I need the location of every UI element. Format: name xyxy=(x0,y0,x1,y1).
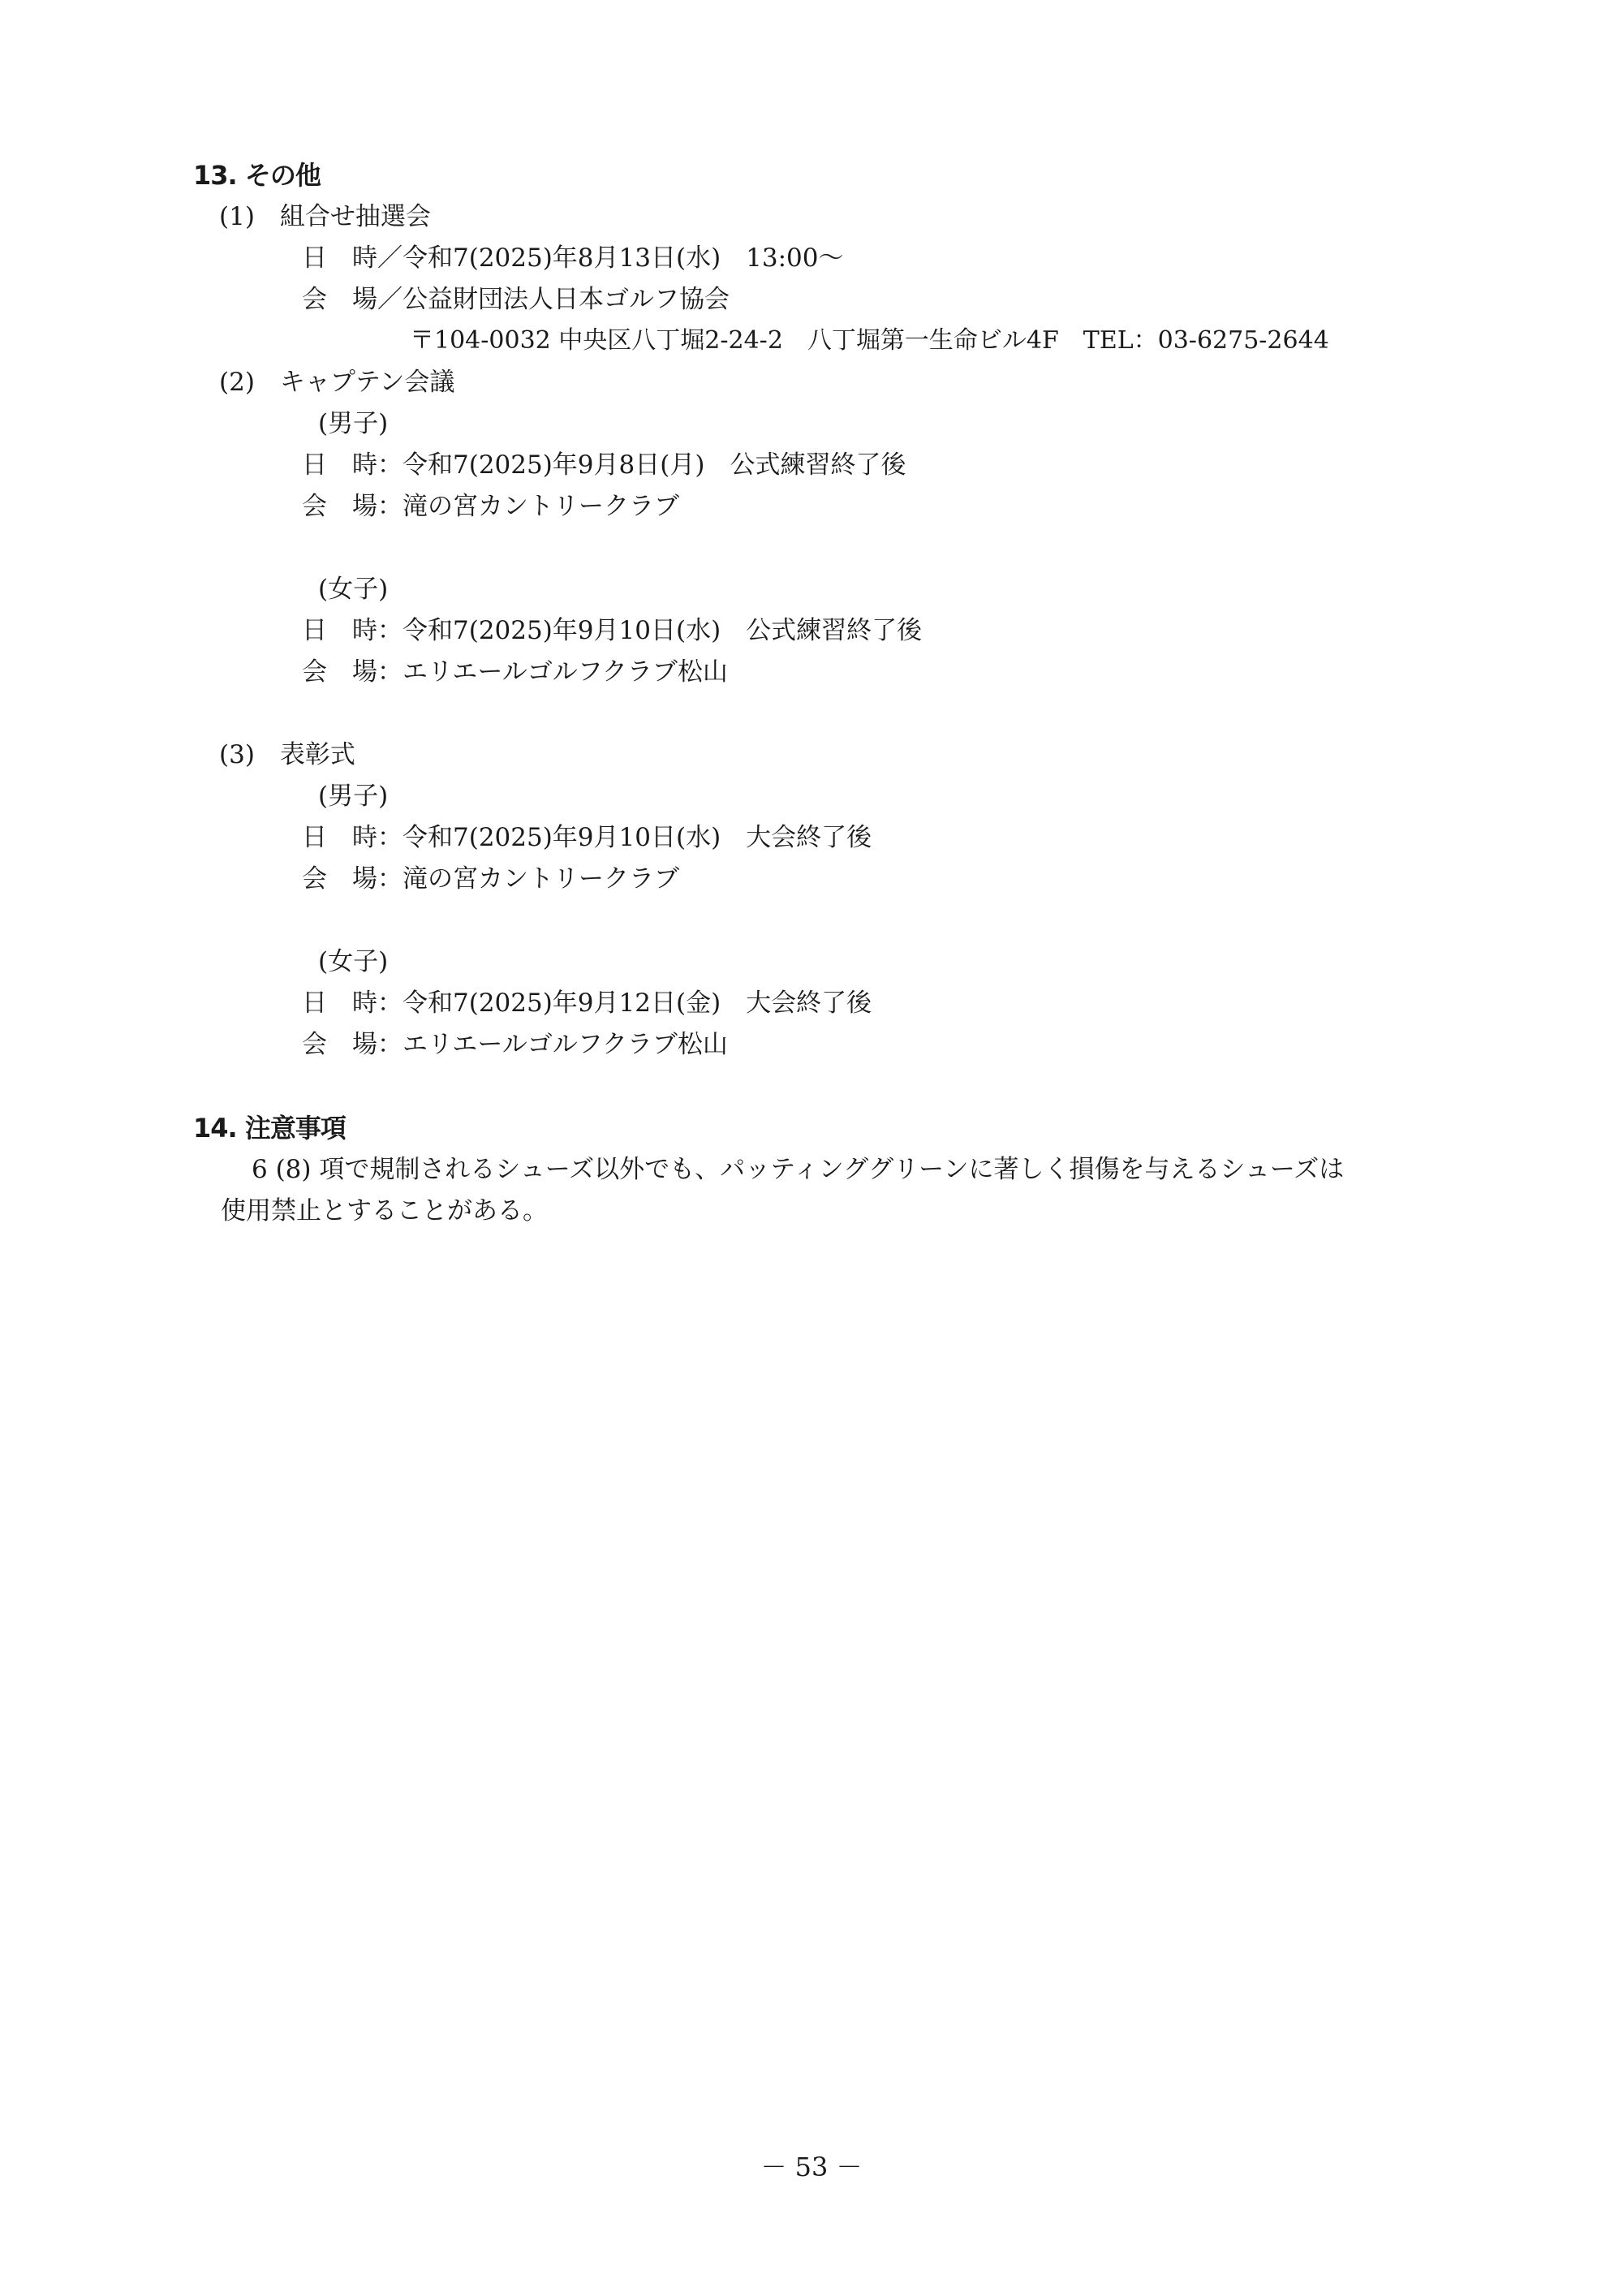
item-1-date: 日 時／令和7(2025)年8月13日(水) 13:00～ xyxy=(302,242,844,274)
venue-value: エリエールゴルフクラブ松山 xyxy=(403,657,728,687)
date-value: 令和7(2025)年9月10日(水) 公式練習終了後 xyxy=(403,616,922,645)
item-2-men-date: 日 時：令和7(2025)年9月8日(月) 公式練習終了後 xyxy=(302,449,906,481)
date-value: 令和7(2025)年8月13日(水) 13:00～ xyxy=(403,243,844,273)
item-1-venue: 会 場／公益財団法人日本ゴルフ協会 xyxy=(302,283,730,316)
item-2-women-date: 日 時：令和7(2025)年9月10日(水) 公式練習終了後 xyxy=(302,614,922,647)
date-value: 令和7(2025)年9月10日(水) 大会終了後 xyxy=(403,823,872,852)
item-3-men-venue: 会 場：滝の宮カントリークラブ xyxy=(302,863,679,895)
date-label: 日 時／ xyxy=(302,243,403,273)
venue-label: 会 場／ xyxy=(302,285,403,314)
item-3-women-venue: 会 場：エリエールゴルフクラブ松山 xyxy=(302,1028,728,1061)
item-1-title: (1) 組合せ抽選会 xyxy=(219,200,431,233)
item-2-women-venue: 会 場：エリエールゴルフクラブ松山 xyxy=(302,656,728,688)
venue-value: エリエールゴルフクラブ松山 xyxy=(403,1030,728,1059)
date-value: 令和7(2025)年9月8日(月) 公式練習終了後 xyxy=(403,450,906,480)
section-14-heading: 14. 注意事項 xyxy=(193,1112,346,1144)
item-3-women-label: (女子) xyxy=(318,946,388,978)
date-label: 日 時： xyxy=(302,989,403,1018)
item-3-men-label: (男子) xyxy=(318,780,388,812)
venue-label: 会 場： xyxy=(302,657,403,687)
venue-value: 滝の宮カントリークラブ xyxy=(403,492,679,521)
item-2-title: (2) キャプテン会議 xyxy=(219,366,454,398)
venue-value: 公益財団法人日本ゴルフ協会 xyxy=(403,285,730,314)
item-3-women-date: 日 時：令和7(2025)年9月12日(金) 大会終了後 xyxy=(302,987,872,1019)
section-14-text-line-2: 使用禁止とすることがある。 xyxy=(221,1195,548,1227)
item-3-men-date: 日 時：令和7(2025)年9月10日(水) 大会終了後 xyxy=(302,821,872,854)
date-label: 日 時： xyxy=(302,616,403,645)
item-1-address: 〒104-0032 中央区八丁堀2-24-2 八丁堀第一生命ビル4F TEL：0… xyxy=(410,325,1329,357)
venue-label: 会 場： xyxy=(302,1030,403,1059)
section-14-text-line-1: 6 (8) 項で規制されるシューズ以外でも、パッティンググリーンに著しく損傷を与… xyxy=(252,1153,1344,1186)
venue-value: 滝の宮カントリークラブ xyxy=(403,864,679,894)
venue-label: 会 場： xyxy=(302,492,403,521)
item-2-men-venue: 会 場：滝の宮カントリークラブ xyxy=(302,490,679,523)
item-3-title: (3) 表彰式 xyxy=(219,739,355,771)
section-13-heading: 13. その他 xyxy=(193,159,321,192)
date-label: 日 時： xyxy=(302,823,403,852)
date-value: 令和7(2025)年9月12日(金) 大会終了後 xyxy=(403,989,872,1018)
item-2-women-label: (女子) xyxy=(318,573,388,605)
date-label: 日 時： xyxy=(302,450,403,480)
venue-label: 会 場： xyxy=(302,864,403,894)
item-2-men-label: (男子) xyxy=(318,407,388,440)
page-number: － 53 － xyxy=(0,2151,1623,2183)
